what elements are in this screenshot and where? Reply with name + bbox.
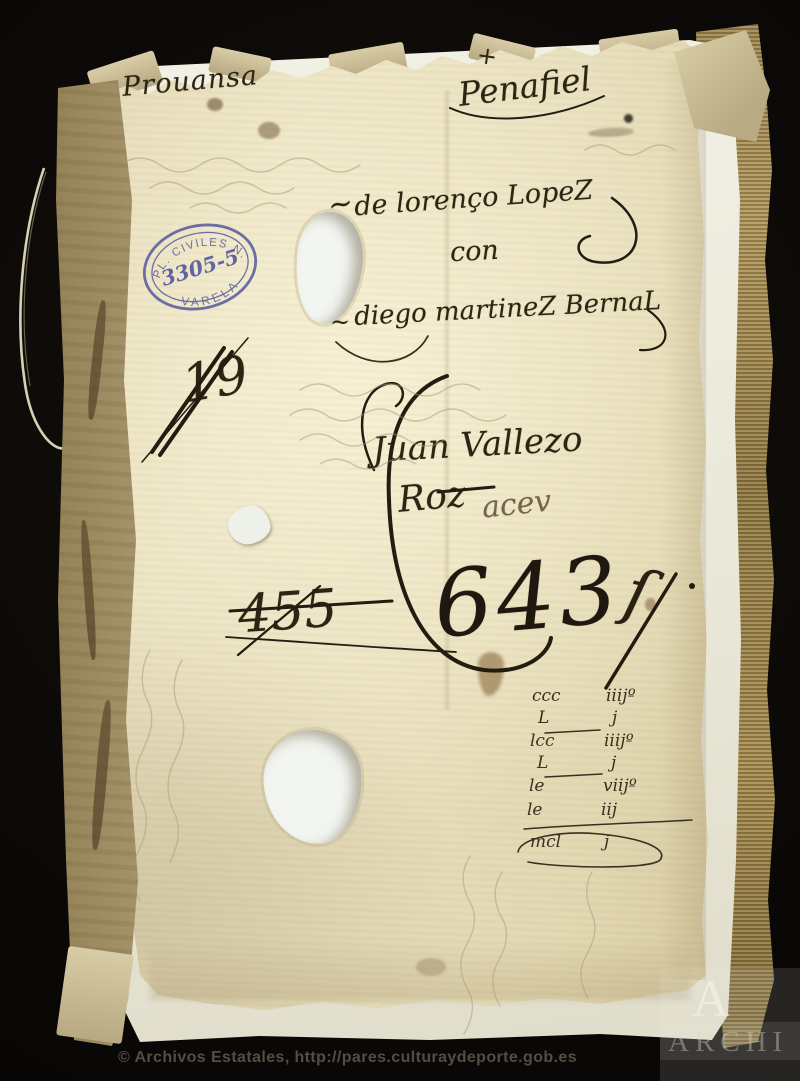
ink-stain — [258, 122, 280, 139]
margin-number: 19 — [178, 349, 252, 412]
crossed-out-number: 455 — [236, 583, 339, 642]
scribe-abbrev: Roz — [397, 477, 468, 519]
torn-fragment — [56, 946, 134, 1044]
cross-mark: + — [475, 43, 498, 70]
ink-stain — [207, 98, 223, 111]
faint-stain — [416, 958, 446, 976]
versus-con: con — [449, 237, 499, 267]
account-unit: j — [612, 708, 617, 728]
account-amount: mcl — [530, 832, 592, 852]
account-row: Lj — [537, 753, 616, 773]
account-amount: ccc — [532, 686, 594, 706]
account-row: lcciiijº — [530, 731, 634, 751]
account-row: leiij — [527, 800, 617, 820]
pares-logo-text: ARCHI — [668, 1026, 788, 1059]
copyright-watermark: © Archivos Estatales, http://pares.cultu… — [118, 1049, 577, 1067]
tilde-mark: ~ — [326, 188, 356, 222]
account-unit: iiijº — [606, 686, 636, 706]
ink-dot — [624, 114, 633, 123]
scribe-name: Juan Vallezo — [371, 423, 583, 468]
account-row: leviijº — [529, 776, 637, 796]
account-row: ccciiijº — [532, 686, 636, 706]
account-amount: L — [538, 708, 600, 728]
account-amount: le — [527, 800, 589, 820]
account-unit: iiijº — [604, 731, 634, 751]
scanned-document-photo: Prouansa + Penafiel ~ de lorenço LopeZ c… — [0, 0, 800, 1081]
account-unit: j — [604, 832, 609, 852]
account-unit: viijº — [603, 776, 637, 796]
account-unit: j — [611, 753, 616, 773]
catalog-number: 643 — [430, 544, 625, 652]
account-amount: le — [529, 776, 591, 796]
tilde-mark: ~ — [330, 310, 350, 334]
account-total-row: mclj — [530, 832, 609, 852]
pares-logo-letter: A — [692, 970, 730, 1029]
scribe-flourish: acev — [481, 486, 553, 523]
account-amount: L — [537, 753, 599, 773]
account-unit: iij — [601, 800, 617, 820]
account-amount: lcc — [530, 731, 592, 751]
account-row: Lj — [538, 708, 617, 728]
